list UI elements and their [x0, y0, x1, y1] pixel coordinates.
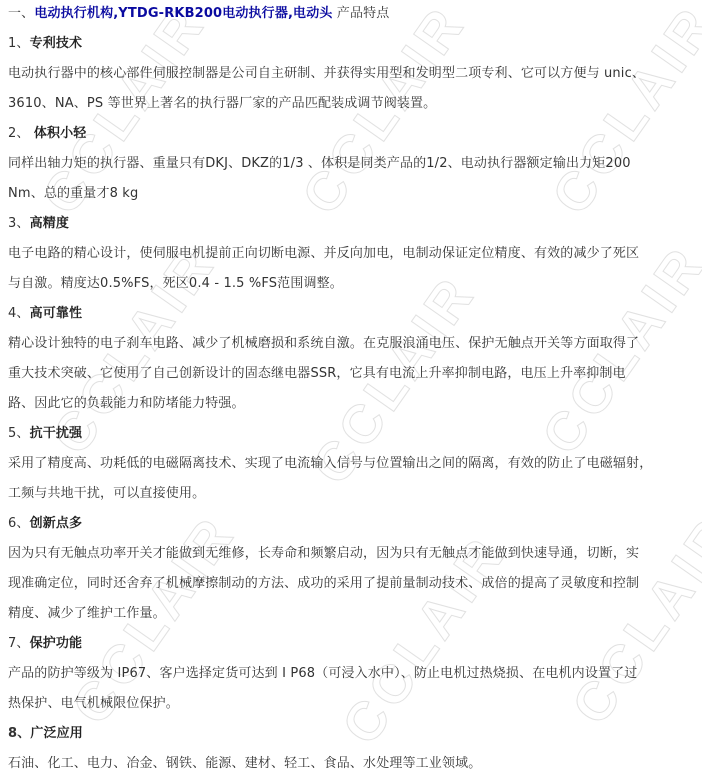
section-number: 3、	[8, 216, 30, 231]
section-title: 广泛应用	[30, 726, 83, 741]
section-heading: 5、抗干扰强	[8, 424, 82, 444]
title-prefix: 一、	[8, 6, 34, 21]
body-line: 热保护、电气机械限位保护。	[8, 694, 179, 714]
section-title: 保护功能	[30, 636, 83, 651]
body-line: 同样出轴力矩的执行器、重量只有DKJ、DKZ的1/3 、体积是同类产品的1/2、…	[8, 154, 631, 174]
section-number: 6、	[8, 516, 30, 531]
body-line: 采用了精度高、功耗低的电磁隔离技术、实现了电流输入信号与位置输出之间的隔离，有效…	[8, 454, 652, 474]
section-number: 4、	[8, 306, 30, 321]
body-line: 石油、化工、电力、冶金、钢铁、能源、建材、轻工、食品、水处理等工业领域。	[8, 754, 481, 774]
section-title: 高精度	[30, 216, 69, 231]
section-number: 5、	[8, 426, 30, 441]
watermark: CCLAIR	[560, 503, 702, 735]
section-heading: 1、专利技术	[8, 34, 82, 54]
section-title: 抗干扰强	[30, 426, 83, 441]
body-line: 精心设计独特的电子刹车电路、减少了机械磨损和系统自激。在克服浪涌电压、保护无触点…	[8, 334, 639, 354]
body-line: 3610、NA、PS 等世界上著名的执行器厂家的产品匹配装成调节阀装置。	[8, 94, 436, 114]
section-heading: 7、保护功能	[8, 634, 82, 654]
body-line: 重大技术突破、它使用了自己创新设计的固态继电器SSR，它具有电流上升率抑制电路，…	[8, 364, 626, 384]
body-line: 路、因此它的负载能力和防堵能力特强。	[8, 394, 245, 414]
body-line: 因为只有无触点功率开关才能做到无维修，长寿命和频繁启动，因为只有无触点才能做到快…	[8, 544, 639, 564]
title-suffix: 产品特点	[333, 6, 390, 21]
section-heading: 3、高精度	[8, 214, 69, 234]
page-title: 一、电动执行机构,YTDG-RKB200电动执行器,电动头 产品特点	[8, 4, 389, 24]
section-heading: 8、广泛应用	[8, 724, 83, 744]
body-line: 精度、减少了维护工作量。	[8, 604, 166, 624]
section-number: 8、	[8, 726, 30, 741]
body-line: 工频与共地干扰，可以直接使用。	[8, 484, 205, 504]
section-heading: 4、高可靠性	[8, 304, 82, 324]
section-title: 高可靠性	[30, 306, 83, 321]
title-product-name: 电动执行机构,YTDG-RKB200电动执行器,电动头	[34, 6, 332, 21]
body-line: 产品的防护等级为 IP67、客户选择定货可达到 I P68（可浸入水中）、防止电…	[8, 664, 637, 684]
body-line: 与自激。精度达0.5%FS，死区0.4 - 1.5 %FS范围调整。	[8, 274, 343, 294]
section-number: 7、	[8, 636, 30, 651]
body-line: 电动执行器中的核心部件伺服控制器是公司自主研制、并获得实用型和发明型二项专利、它…	[8, 64, 645, 84]
body-line: 现准确定位，同时还舍弃了机械摩擦制动的方法、成功的采用了提前量制动技术、成倍的提…	[8, 574, 639, 594]
body-line: Nm、总的重量才8 kg	[8, 184, 138, 204]
section-heading: 6、创新点多	[8, 514, 82, 534]
section-number: 2、	[8, 126, 34, 141]
watermark: CCLAIR	[540, 0, 702, 226]
section-title: 专利技术	[30, 36, 83, 51]
section-heading: 2、 体积小轻	[8, 124, 86, 144]
section-title: 体积小轻	[34, 126, 87, 141]
section-title: 创新点多	[30, 516, 83, 531]
section-number: 1、	[8, 36, 30, 51]
body-line: 电子电路的精心设计，使伺服电机提前正向切断电源、并反向加电，电制动保证定位精度、…	[8, 244, 639, 264]
